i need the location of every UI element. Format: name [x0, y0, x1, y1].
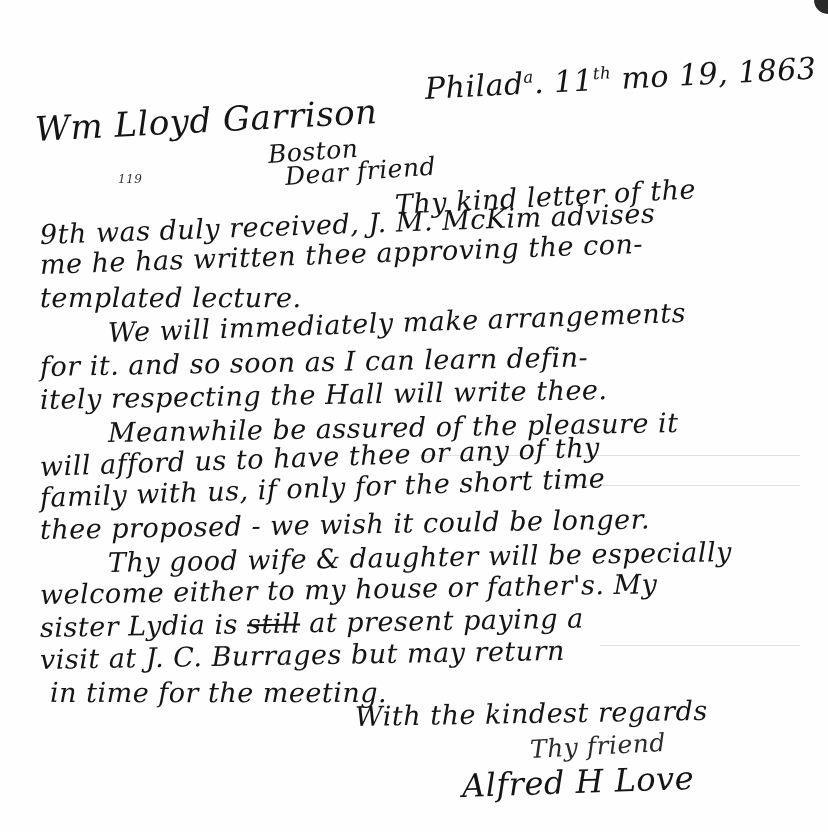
dateline: Philada. 11th mo 19, 1863 — [424, 52, 817, 107]
body-line-4: templated lecture. — [40, 283, 302, 314]
corner-mark — [814, 0, 828, 14]
dateline-date: mo 19, 1863 — [621, 52, 818, 97]
signature: Alfred H Love — [461, 759, 694, 805]
letter-page: Philada. 11th mo 19, 1863 Wm Lloyd Garri… — [0, 0, 828, 832]
body-line-16: in time for the meeting. — [50, 678, 387, 709]
dateline-month: 11 — [553, 63, 594, 100]
struck-word: still — [247, 608, 301, 640]
dateline-place: Philad — [424, 67, 524, 107]
ruling-line — [600, 645, 800, 646]
complimentary-close: Thy friend — [529, 728, 666, 764]
archive-number: 119 — [118, 172, 142, 186]
